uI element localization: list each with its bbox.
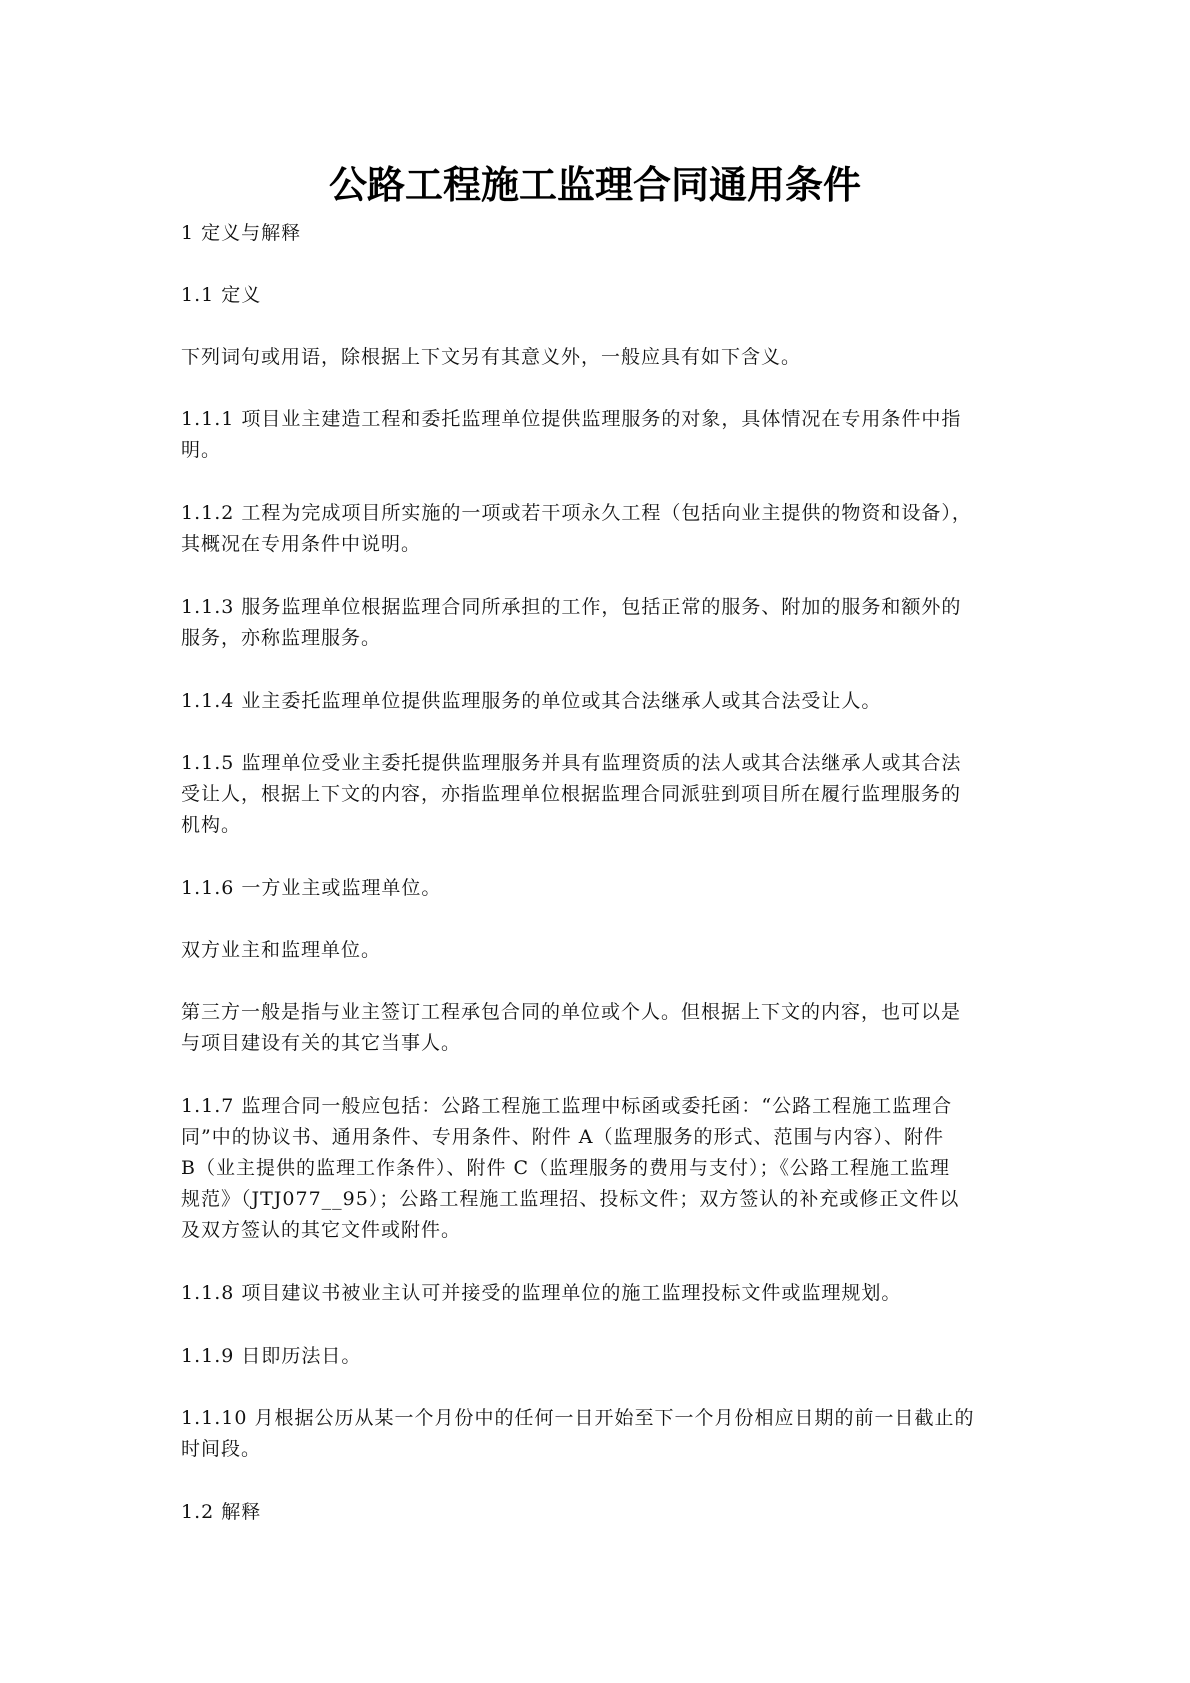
paragraph-line: 1.1.2 工程为完成项目所实施的一项或若干项永久工程（包括向业主提供的物资和设… [181,498,1021,528]
paragraph-line: 1.1 定义 [181,280,1021,310]
paragraph-line: 与项目建设有关的其它当事人。 [181,1028,1021,1058]
paragraph-line: B（业主提供的监理工作条件）、附件 C（监理服务的费用与支付）；《公路工程施工监… [181,1153,1021,1183]
paragraph-line: 及双方签认的其它文件或附件。 [181,1215,1021,1245]
paragraph-line: 同”中的协议书、通用条件、专用条件、附件 A（监理服务的形式、范围与内容）、附件 [181,1122,1021,1152]
paragraph-line: 第三方一般是指与业主签订工程承包合同的单位或个人。但根据上下文的内容，也可以是 [181,997,1021,1027]
paragraph-line: 时间段。 [181,1434,1021,1464]
paragraph-line: 1.1.8 项目建议书被业主认可并接受的监理单位的施工监理投标文件或监理规划。 [181,1278,1021,1308]
paragraph-line: 1.1.6 一方业主或监理单位。 [181,873,1021,903]
document-title: 公路工程施工监理合同通用条件 [0,163,1190,207]
paragraph-line: 1.1.3 服务监理单位根据监理合同所承担的工作，包括正常的服务、附加的服务和额… [181,592,1021,622]
paragraph-line: 1.1.10 月根据公历从某一个月份中的任何一日开始至下一个月份相应日期的前一日… [181,1403,1021,1433]
paragraph-line: 双方业主和监理单位。 [181,935,1021,965]
paragraph-line: 受让人，根据上下文的内容，亦指监理单位根据监理合同派驻到项目所在履行监理服务的 [181,779,1021,809]
paragraph-line: 明。 [181,435,1021,465]
paragraph-line: 1.1.1 项目业主建造工程和委托监理单位提供监理服务的对象，具体情况在专用条件… [181,404,1021,434]
paragraph-line: 机构。 [181,810,1021,840]
paragraph-line: 1.1.4 业主委托监理单位提供监理服务的单位或其合法继承人或其合法受让人。 [181,686,1021,716]
paragraph-line: 其概况在专用条件中说明。 [181,529,1021,559]
paragraph-line: 1.2 解释 [181,1497,1021,1527]
paragraph-line: 规范》（JTJ077__95）；公路工程施工监理招、投标文件；双方签认的补充或修… [181,1184,1021,1214]
paragraph-line: 1.1.9 日即历法日。 [181,1341,1021,1371]
paragraph-line: 1 定义与解释 [181,218,1021,248]
paragraph-line: 1.1.5 监理单位受业主委托提供监理服务并具有监理资质的法人或其合法继承人或其… [181,748,1021,778]
document-page: 公路工程施工监理合同通用条件 1 定义与解释1.1 定义下列词句或用语，除根据上… [0,0,1190,1683]
paragraph-line: 1.1.7 监理合同一般应包括：公路工程施工监理中标函或委托函：“公路工程施工监… [181,1091,1021,1121]
paragraph-line: 下列词句或用语，除根据上下文另有其意义外，一般应具有如下含义。 [181,342,1021,372]
paragraph-line: 服务，亦称监理服务。 [181,623,1021,653]
